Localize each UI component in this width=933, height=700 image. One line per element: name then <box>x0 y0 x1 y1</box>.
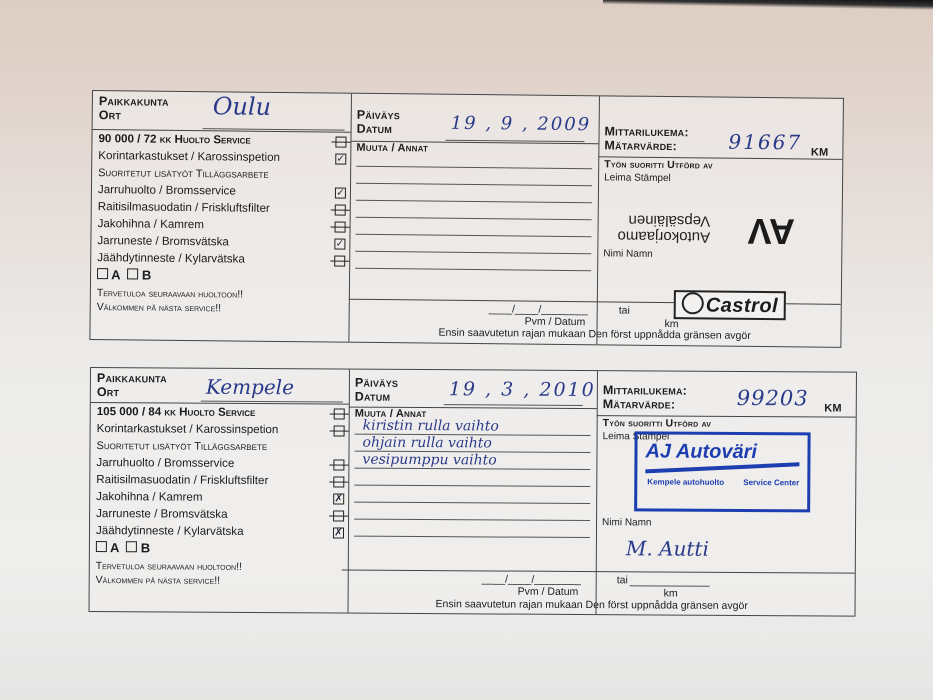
notes-line[interactable] <box>354 468 590 470</box>
checklist-item: Jakohihna / Kamrem ✗ <box>96 490 342 506</box>
next-service-row: ____/____/________ tai Pvm / Datum km En… <box>348 299 840 347</box>
km-unit: KM <box>824 402 842 414</box>
location-value: Oulu <box>213 92 272 121</box>
service-checkbox[interactable] <box>334 408 345 419</box>
checklist-item: Jakohihna / Kamrem <box>98 217 344 234</box>
workshop-stamp: Autokorjaamo Vepsäläinen <box>617 212 710 245</box>
option-ab: A B <box>96 541 342 557</box>
welcome-sv: Välkommen på nästa service!! <box>96 573 342 589</box>
checkbox-checked[interactable]: ✓ <box>335 154 346 165</box>
notes-line[interactable] <box>354 536 590 538</box>
notes-line[interactable] <box>356 217 592 220</box>
signature: M. Autti <box>626 536 709 561</box>
checklist-item: Jarruneste / Bromsvätska ✓ <box>97 234 343 251</box>
welcome-fi: Tervetuloa seuraavaan huoltoon!! <box>96 559 342 575</box>
date-value: 19 , 3 , 2010 <box>449 378 596 401</box>
notes-line[interactable] <box>354 519 590 521</box>
odometer-label: Mittarilukema: Mätarvärde: <box>603 383 687 412</box>
checkbox-checked[interactable]: ✗ <box>333 493 344 504</box>
photo-edge-shadow <box>603 0 933 10</box>
option-a-checkbox[interactable] <box>96 541 107 552</box>
checkbox-struck[interactable] <box>334 425 345 436</box>
service-checklist-column: Paikkakunta Ort Oulu 90 000 / 72 kk Huol… <box>90 91 352 342</box>
castrol-logo: Castrol <box>674 290 787 320</box>
checkbox-struck[interactable] <box>333 476 344 487</box>
extra-work-header: Suoritetut lisätyöt Tilläggsarbete <box>98 166 344 183</box>
service-checklist-column: Paikkakunta Ort Kempele 105 000 / 84 kk … <box>90 368 350 613</box>
welcome-sv: Välkommen på nästa service!! <box>97 300 343 317</box>
extra-work-header: Suoritetut lisätyöt Tilläggsarbete <box>96 439 342 455</box>
next-date-caption: Pvm / Datum <box>518 586 579 598</box>
checkbox-checked[interactable]: ✓ <box>335 188 346 199</box>
limit-note: Ensin saavutetun rajan mukaan Den först … <box>438 327 750 342</box>
workshop-stamp: AJ Autoväri Kempele autohuolto Service C… <box>634 431 810 512</box>
option-ab: A B <box>97 268 343 285</box>
next-service-row: ____/____/________ tai Pvm / Datum km En… <box>342 570 855 616</box>
service-interval: 90 000 / 72 kk Huolto Service <box>98 132 344 149</box>
checklist-item: Jarruhuolto / Bromsservice ✓ <box>98 183 344 200</box>
checklist-item: Raitisilmasuodatin / Friskluftsfilter <box>96 473 342 489</box>
odometer-value: 91667 <box>728 130 802 155</box>
checklist-item: Jarruneste / Bromsvätska <box>96 507 342 523</box>
location-label: Paikkakunta Ort <box>97 371 167 399</box>
date-value: 19 , 9 , 2009 <box>451 113 592 135</box>
workshop-logo-icon: AV <box>747 210 795 252</box>
stamp-label: Leima Stämpel <box>604 172 671 184</box>
option-b-checkbox[interactable] <box>126 541 137 552</box>
option-b-checkbox[interactable] <box>127 268 138 279</box>
notes-line[interactable] <box>356 166 592 169</box>
odometer-label: Mittarilukema: Mätarvärde: <box>604 124 688 153</box>
checkbox-checked[interactable]: ✗ <box>333 527 344 538</box>
location-value: Kempele <box>206 375 294 400</box>
notes-line[interactable] <box>355 234 591 237</box>
date-label: Päiväys Datum <box>357 108 401 136</box>
checkbox-struck[interactable] <box>334 256 345 267</box>
checkbox-struck[interactable] <box>335 222 346 233</box>
km-caption: km <box>664 588 678 600</box>
km-unit: KM <box>811 147 829 159</box>
checkbox-struck[interactable] <box>333 459 344 470</box>
notes-line[interactable] <box>354 502 590 504</box>
date-label: Päiväys Datum <box>355 376 398 404</box>
performed-by-label: Työn suoritti Utförd av <box>603 417 712 430</box>
option-a-checkbox[interactable] <box>97 268 108 279</box>
service-record-card-2: Paikkakunta Ort Kempele 105 000 / 84 kk … <box>89 367 857 617</box>
limit-note: Ensin saavutetun rajan mukaan Den först … <box>436 598 748 612</box>
notes-line[interactable] <box>355 251 591 254</box>
service-checkbox[interactable] <box>335 137 346 148</box>
service-interval: 105 000 / 84 kk Huolto Service <box>97 405 343 421</box>
service-record-card-1: Paikkakunta Ort Oulu 90 000 / 72 kk Huol… <box>89 90 844 348</box>
checkbox-struck[interactable] <box>335 205 346 216</box>
notes-label: Muuta / Annat <box>356 142 428 155</box>
notes-line[interactable] <box>356 183 592 186</box>
checklist-item: Raitisilmasuodatin / Friskluftsfilter <box>98 200 344 217</box>
checklist-item: Korintarkastukset / Karossinspetion <box>97 422 343 438</box>
notes-line[interactable] <box>354 485 590 487</box>
checklist-item: Korintarkastukset / Karossinspetion ✓ <box>98 149 344 166</box>
notes-line[interactable] <box>356 200 592 203</box>
location-label: Paikkakunta Ort <box>99 94 169 123</box>
notes-handwritten: kiristin rulla vaihto ohjain rulla vaiht… <box>362 418 498 470</box>
checkbox-struck[interactable] <box>333 510 344 521</box>
castrol-emblem-icon <box>682 292 704 314</box>
checklist-item: Jarruhuolto / Bromsservice <box>96 456 342 472</box>
checklist-item: Jäähdytinneste / Kylarvätska <box>97 251 343 268</box>
performed-by-label: Työn suoritti Utförd av <box>604 158 713 171</box>
or-label: tai <box>617 574 628 586</box>
name-label: Nimi Namn <box>603 248 653 260</box>
name-label: Nimi Namn <box>602 517 652 528</box>
notes-line[interactable] <box>355 268 591 271</box>
next-date-field[interactable]: ____/____/________ <box>482 573 581 586</box>
checkbox-checked[interactable]: ✓ <box>334 239 345 250</box>
checklist-item: Jäähdytinneste / Kylarvätska ✗ <box>96 524 342 540</box>
next-date-field[interactable]: ____/____/________ <box>489 303 588 316</box>
next-date-caption: Pvm / Datum <box>525 316 586 329</box>
or-label: tai <box>619 305 630 317</box>
odometer-value: 99203 <box>737 386 809 410</box>
